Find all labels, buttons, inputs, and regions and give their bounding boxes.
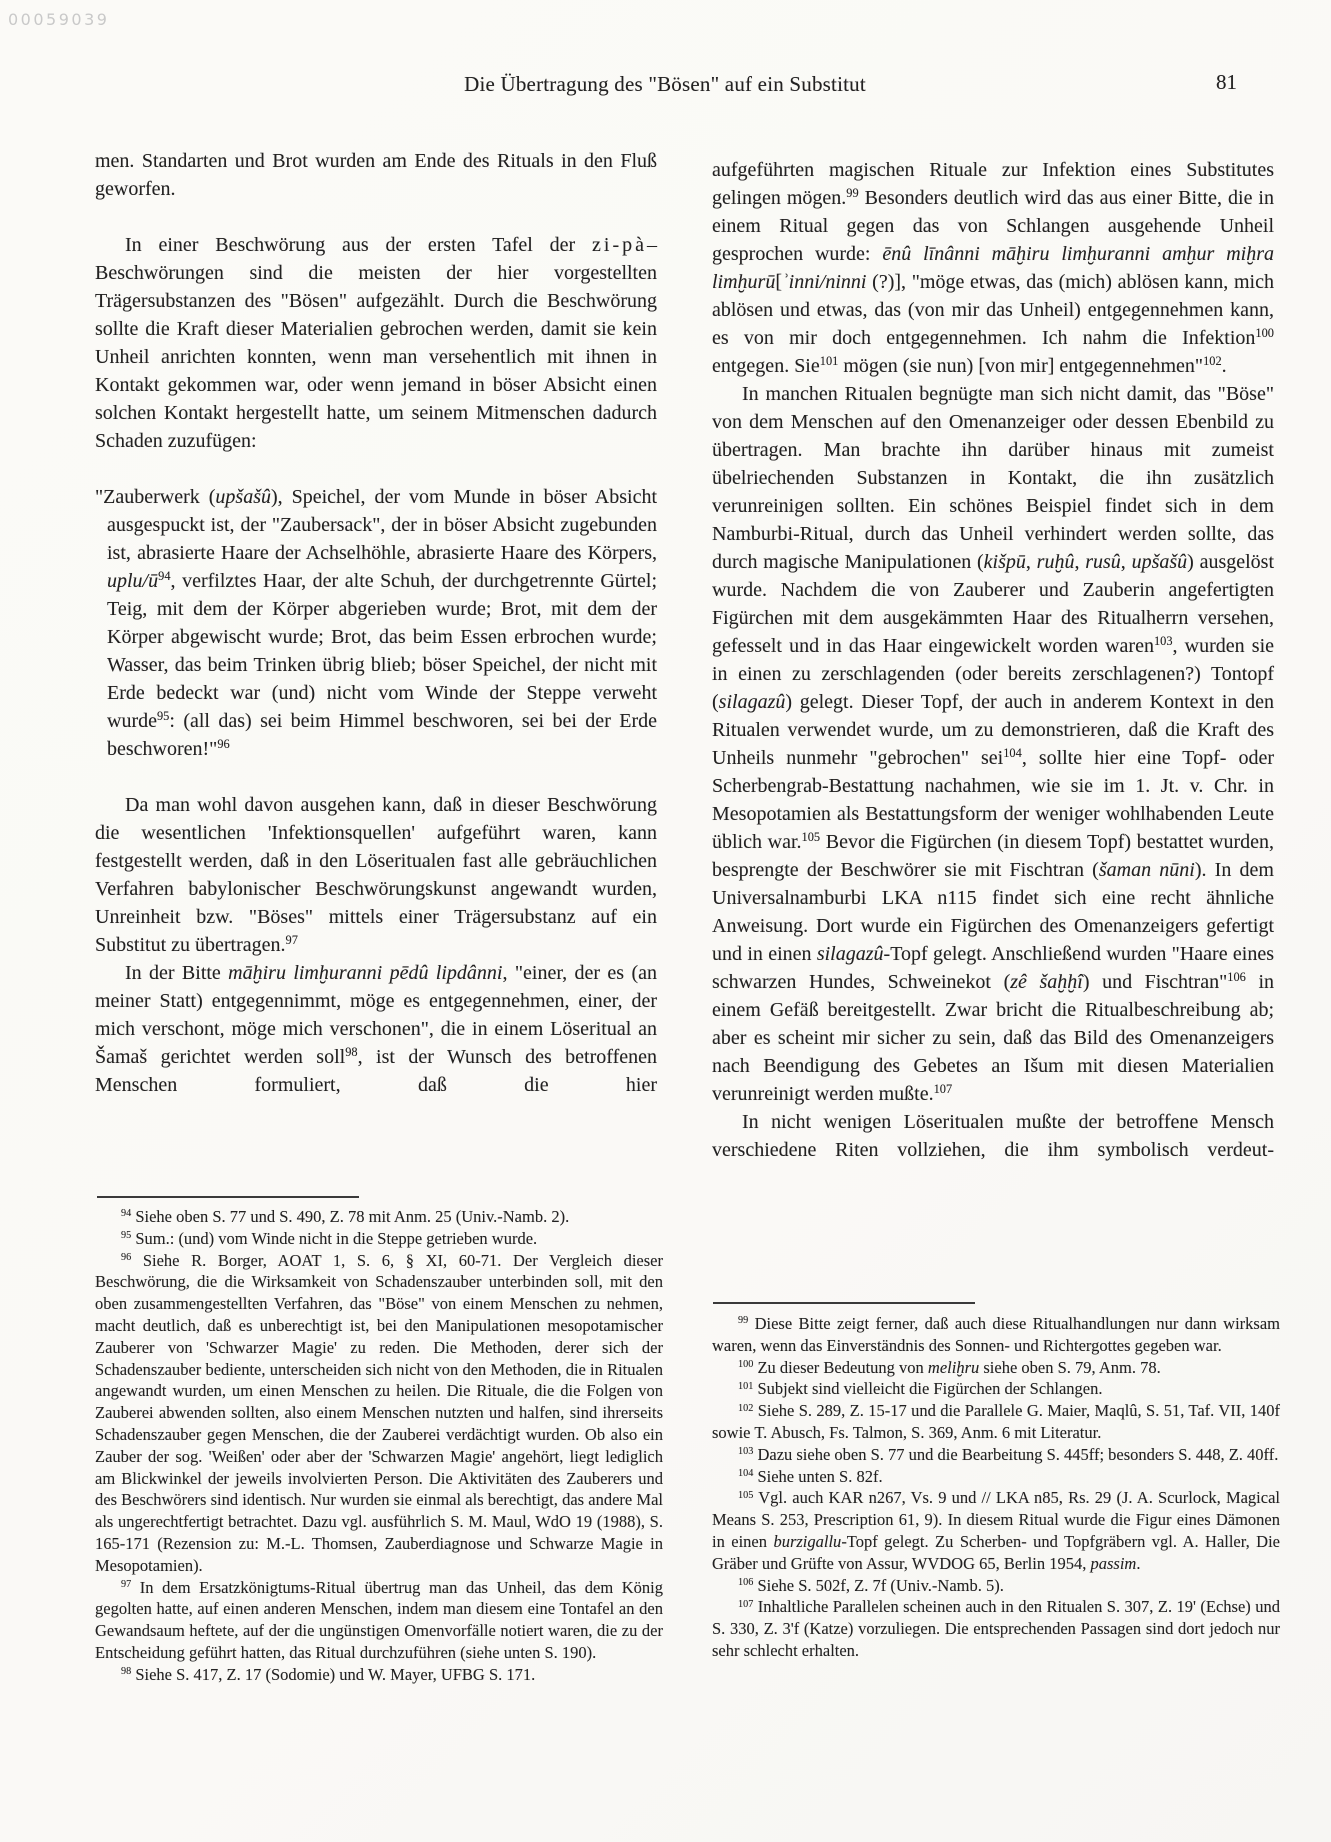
- paragraph-continuation: aufgeführten magischen Rituale zur Infek…: [712, 156, 1274, 380]
- footnote-105: 105 Vgl. auch KAR n267, Vs. 9 und // LKA…: [712, 1487, 1280, 1574]
- paragraph: Da man wohl davon ausgehen kann, daß in …: [95, 791, 657, 959]
- paragraph: In manchen Ritualen begnügte man sich ni…: [712, 380, 1274, 1108]
- footnote-separator: [97, 1196, 359, 1198]
- footnote-99: 99 Diese Bitte zeigt ferner, daß auch di…: [712, 1313, 1280, 1357]
- footnote-103: 103 Dazu siehe oben S. 77 und die Bearbe…: [712, 1444, 1280, 1466]
- footnote-106: 106 Siehe S. 502f, Z. 7f (Univ.-Namb. 5)…: [712, 1575, 1280, 1597]
- footnote-102: 102 Siehe S. 289, Z. 15-17 und die Paral…: [712, 1400, 1280, 1444]
- paragraph: In nicht wenigen Löseritualen mußte der …: [712, 1108, 1274, 1164]
- page-number: 81: [1216, 70, 1237, 95]
- running-header: Die Übertragung des "Bösen" auf ein Subs…: [95, 72, 1235, 97]
- footnote-98: 98 Siehe S. 417, Z. 17 (Sodomie) und W. …: [95, 1664, 663, 1686]
- footnote-96: 96 Siehe R. Borger, AOAT 1, S. 6, § XI, …: [95, 1250, 663, 1577]
- footnote-104: 104 Siehe unten S. 82f.: [712, 1466, 1280, 1488]
- scanner-stamp: 00059039: [8, 10, 109, 29]
- right-column: aufgeführten magischen Rituale zur Infek…: [712, 156, 1274, 1164]
- running-header-title: Die Übertragung des "Bösen" auf ein Subs…: [464, 72, 866, 96]
- footnote-100: 100 Zu dieser Bedeutung von meliḫru sieh…: [712, 1357, 1280, 1379]
- footnote-101: 101 Subjekt sind vielleicht die Figürche…: [712, 1378, 1280, 1400]
- footnote-separator: [713, 1302, 975, 1304]
- right-footnotes: 99 Diese Bitte zeigt ferner, daß auch di…: [712, 1313, 1280, 1662]
- scanned-book-page: 00059039 Die Übertragung des "Bösen" auf…: [0, 0, 1331, 1842]
- paragraph-continuation: men. Standarten und Brot wurden am Ende …: [95, 147, 657, 203]
- footnote-94: 94 Siehe oben S. 77 und S. 490, Z. 78 mi…: [95, 1206, 663, 1228]
- left-column: men. Standarten und Brot wurden am Ende …: [95, 147, 657, 1099]
- footnote-95: 95 Sum.: (und) vom Winde nicht in die St…: [95, 1228, 663, 1250]
- footnote-97: 97 In dem Ersatzkönigtums-Ritual übertru…: [95, 1577, 663, 1664]
- incantation-quote: "Zauberwerk (upšašû), Speichel, der vom …: [95, 483, 657, 763]
- paragraph: In der Bitte māḫiru limḫuranni pēdû lipd…: [95, 959, 657, 1099]
- left-footnotes: 94 Siehe oben S. 77 und S. 490, Z. 78 mi…: [95, 1206, 663, 1686]
- paragraph: In einer Beschwörung aus der ersten Tafe…: [95, 231, 657, 455]
- footnote-107: 107 Inhaltliche Parallelen scheinen auch…: [712, 1596, 1280, 1661]
